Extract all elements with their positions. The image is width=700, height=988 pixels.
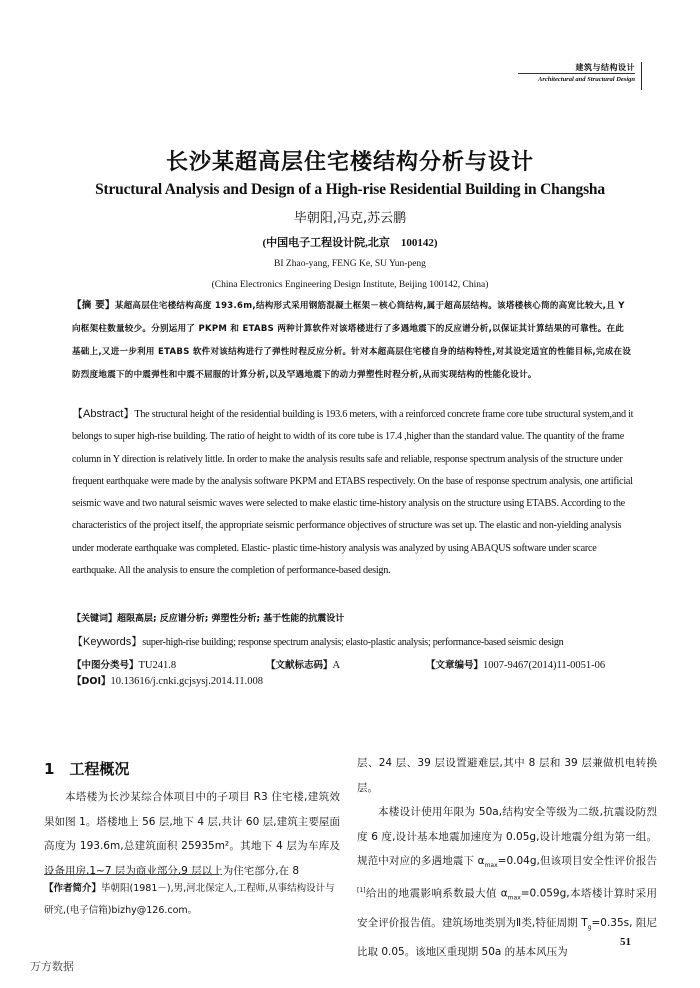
keywords-en: 【Keywords】super-high-rise building; resp… <box>72 633 563 649</box>
clc-number: 【中图分类号】TU241.8 <box>72 657 176 671</box>
journal-name-cn: 建筑与结构设计 <box>538 62 635 73</box>
section1-paragraph-2: 本楼设计使用年限为 50a,结构安全等级为二级,抗震设防烈度 6 度,设计基本地… <box>357 800 657 965</box>
citation-ref: [1] <box>357 887 366 894</box>
footnote-label: 【作者简介】 <box>44 883 101 894</box>
doi-label: 【DOI】 <box>72 676 111 687</box>
section-heading: 1 工程概况 <box>44 757 340 781</box>
page-number: 51 <box>620 936 631 948</box>
affiliation-cn: (中国电子工程设计院,北京 100142) <box>0 234 700 250</box>
authors-cn: 毕朝阳,冯克,苏云鹏 <box>0 207 700 226</box>
section1-paragraph-1-cont: 层、24 层、39 层设置避难层,其中 8 层和 39 层兼做机电转换层。 <box>357 751 657 800</box>
body-column-left: 1 工程概况 本塔楼为长沙某综合体项目中的子项目 R3 住宅楼,建筑效果如图 1… <box>44 757 340 883</box>
article-no-label: 【文章编号】 <box>426 660 483 671</box>
article-number: 【文章编号】1007-9467(2014)11-0051-06 <box>426 657 605 671</box>
abstract-cn-text: 某超高层住宅楼结构高度 193.6m,结构形式采用钢筋混凝土框架－核心筒结构,属… <box>72 301 631 380</box>
alpha-max-subscript: max <box>485 862 498 869</box>
doc-code-value: A <box>333 660 341 671</box>
abstract-en-text: The structural height of the residential… <box>72 409 633 576</box>
para2-text-b: =0.04g,但该项目安全性评价报告 <box>498 855 657 867</box>
doc-code-label: 【文献标志码】 <box>266 660 333 671</box>
keywords-en-text: super-high-rise building; response spect… <box>142 637 563 648</box>
clc-value: TU241.8 <box>139 660 177 671</box>
watermark: 万方数据 <box>30 958 74 974</box>
abstract-en-label: 【Abstract】 <box>72 408 134 420</box>
doi: 【DOI】10.13616/j.cnki.gcjsysj.2014.11.008 <box>72 673 263 687</box>
abstract-en: 【Abstract】The structural height of the r… <box>72 403 642 582</box>
author-footnote: 【作者简介】毕朝阳(1981－),男,河北保定人,工程师,从事结构设计与研究,(… <box>44 878 340 922</box>
body-column-right: 层、24 层、39 层设置避难层,其中 8 层和 39 层兼做机电转换层。 本楼… <box>357 751 657 965</box>
keywords-cn: 【关键词】超限高层; 反应谱分析; 弹塑性分析; 基于性能的抗震设计 <box>72 611 344 624</box>
doi-value: 10.13616/j.cnki.gcjsysj.2014.11.008 <box>111 676 263 687</box>
journal-name-en: Architectural and Structural Design <box>518 73 635 84</box>
abstract-cn-label: 【摘 要】 <box>72 300 115 311</box>
clc-label: 【中图分类号】 <box>72 660 139 671</box>
title-cn: 长沙某超高层住宅楼结构分析与设计 <box>0 145 700 176</box>
keywords-cn-label: 【关键词】 <box>72 614 117 624</box>
running-header: 建筑与结构设计 Architectural and Structural Des… <box>538 62 642 90</box>
title-en: Structural Analysis and Design of a High… <box>0 181 700 199</box>
section1-paragraph-1: 本塔楼为长沙某综合体项目中的子项目 R3 住宅楼,建筑效果如图 1。塔楼地上 5… <box>44 785 340 883</box>
document-code: 【文献标志码】A <box>266 657 340 671</box>
alpha-max-subscript: max <box>508 894 521 901</box>
abstract-cn: 【摘 要】某超高层住宅楼结构高度 193.6m,结构形式采用钢筋混凝土框架－核心… <box>72 294 632 387</box>
footnote-divider <box>44 874 219 875</box>
authors-en: BI Zhao-yang, FENG Ke, SU Yun-peng <box>0 259 700 269</box>
para2-text-c: 给出的地震影响系数最大值 α <box>366 887 508 899</box>
keywords-cn-text: 超限高层; 反应谱分析; 弹塑性分析; 基于性能的抗震设计 <box>117 614 344 624</box>
affiliation-en: (China Electronics Engineering Design In… <box>0 280 700 290</box>
keywords-en-label: 【Keywords】 <box>72 636 142 648</box>
article-no-value: 1007-9467(2014)11-0051-06 <box>483 660 605 671</box>
